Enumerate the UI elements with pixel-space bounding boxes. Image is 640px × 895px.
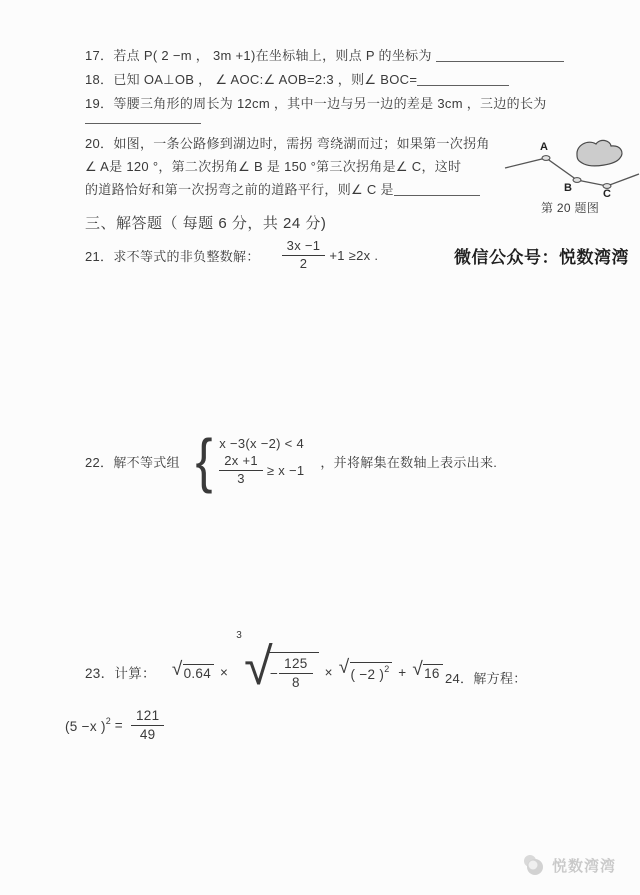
- question-22-tail: ，并将解集在数轴上表示出来.: [320, 452, 497, 471]
- q22-row1: x −3(x −2) < 4: [219, 436, 304, 451]
- question-20-line2: ∠ A是 120 °，第二次拐角∠ B 是 150 °第三次拐角是∠ C，这时: [85, 156, 461, 175]
- question-24-lead: 24．解方程：: [445, 668, 527, 687]
- blank-underline: [85, 111, 201, 124]
- blank-underline: [394, 184, 480, 196]
- cube-root: 3 √ − 125 8: [236, 652, 318, 692]
- question-17-text: 17．若点 P( 2 −m ， 3m +1)在坐标轴上，则点 P 的坐标为: [85, 48, 436, 63]
- question-23: 23．计算： √ 0.64 × 3 √ − 125 8 × √ ( −2 )2 …: [85, 646, 445, 698]
- question-23-lead: 23．计算：: [85, 662, 156, 682]
- figure-label-c: C: [603, 188, 611, 198]
- system-brace: {: [195, 432, 212, 490]
- radical-sign: √: [412, 663, 423, 676]
- radical-sign: √: [244, 647, 273, 687]
- q22-fraction: 2x +1 3: [219, 454, 263, 487]
- question-21-tail: +1 ≥2x .: [329, 248, 378, 263]
- question-19: 19．等腰三角形的周长为 12cm ，其中一边与另一边的差是 3cm ，三边的长…: [85, 93, 547, 112]
- point-a: [542, 156, 550, 161]
- question-19-text: 19．等腰三角形的周长为 12cm ，其中一边与另一边的差是 3cm ，三边的长…: [85, 96, 547, 111]
- figure-label-a: A: [540, 141, 548, 153]
- lake-shape: [577, 140, 622, 165]
- q21-fraction: 3x −1 2: [282, 239, 326, 272]
- cube-root-index: 3: [236, 630, 242, 641]
- radical-sign: √: [172, 663, 183, 676]
- q20-figure-caption: 第 20 题图: [541, 199, 599, 216]
- times-operator: ×: [220, 665, 228, 680]
- q20-figure: A B C: [503, 134, 640, 198]
- watermark: 悦数湾湾: [521, 852, 616, 878]
- radical-sign: √: [339, 661, 350, 674]
- blank-underline: [417, 74, 509, 86]
- exam-page: 17．若点 P( 2 −m ， 3m +1)在坐标轴上，则点 P 的坐标为 18…: [0, 0, 640, 895]
- exponent: 2: [106, 716, 111, 726]
- section-3-heading: 三、解答题（ 每题 6 分，共 24 分): [85, 212, 326, 233]
- question-17: 17．若点 P( 2 −m ， 3m +1)在坐标轴上，则点 P 的坐标为: [85, 45, 564, 64]
- question-18-text: 18．已知 OA⊥OB ， ∠ AOC:∠ AOB=2:3 ，则∠ BOC=: [85, 72, 417, 87]
- watermark-logo-icon: [521, 852, 547, 878]
- question-20-line3: 的道路恰好和第一次拐弯之前的道路平行，则∠ C 是: [85, 179, 480, 198]
- question-22: 22．解不等式组 { x −3(x −2) < 4 2x +1 3 ≥ x −1…: [85, 428, 497, 494]
- point-b: [573, 178, 581, 183]
- blank-underline: [436, 50, 564, 62]
- q22-inequality-system: x −3(x −2) < 4 2x +1 3 ≥ x −1: [219, 436, 304, 487]
- plus-operator: +: [398, 665, 406, 680]
- sqrt-16: √ 16: [412, 664, 442, 681]
- question-21-lead: 21．求不等式的非负整数解：: [85, 246, 260, 265]
- sqrt-square: √ ( −2 )2: [339, 662, 392, 682]
- wechat-account-note: 微信公众号：悦数湾湾: [454, 243, 629, 268]
- question-18: 18．已知 OA⊥OB ， ∠ AOC:∠ AOB=2:3 ，则∠ BOC=: [85, 69, 509, 88]
- exponent: 2: [384, 664, 389, 674]
- q22-row2-tail: ≥ x −1: [267, 463, 304, 478]
- times-operator: ×: [325, 665, 333, 680]
- question-20-line1: 20．如图，一条公路修到湖边时，需拐 弯绕湖而过；如果第一次拐角: [85, 133, 490, 152]
- sqrt-064: √ 0.64: [172, 664, 214, 681]
- sqrt-square-body: ( −2 )2: [350, 662, 393, 682]
- road-line: [505, 158, 639, 186]
- q22-row2: 2x +1 3 ≥ x −1: [219, 454, 304, 487]
- watermark-text: 悦数湾湾: [552, 855, 616, 876]
- question-24-equation: (5 −x )2 = 121 49: [65, 703, 168, 747]
- question-22-lead: 22．解不等式组: [85, 452, 180, 471]
- equals-sign: =: [115, 718, 123, 733]
- q23-fraction: 125 8: [279, 656, 312, 690]
- question-21: 21．求不等式的非负整数解： 3x −1 2 +1 ≥2x .: [85, 236, 378, 274]
- q24-fraction: 121 49: [131, 708, 164, 742]
- figure-label-b: B: [564, 182, 572, 194]
- q24-lhs: (5 −x )2: [65, 716, 111, 734]
- cube-root-body: − 125 8: [268, 652, 319, 690]
